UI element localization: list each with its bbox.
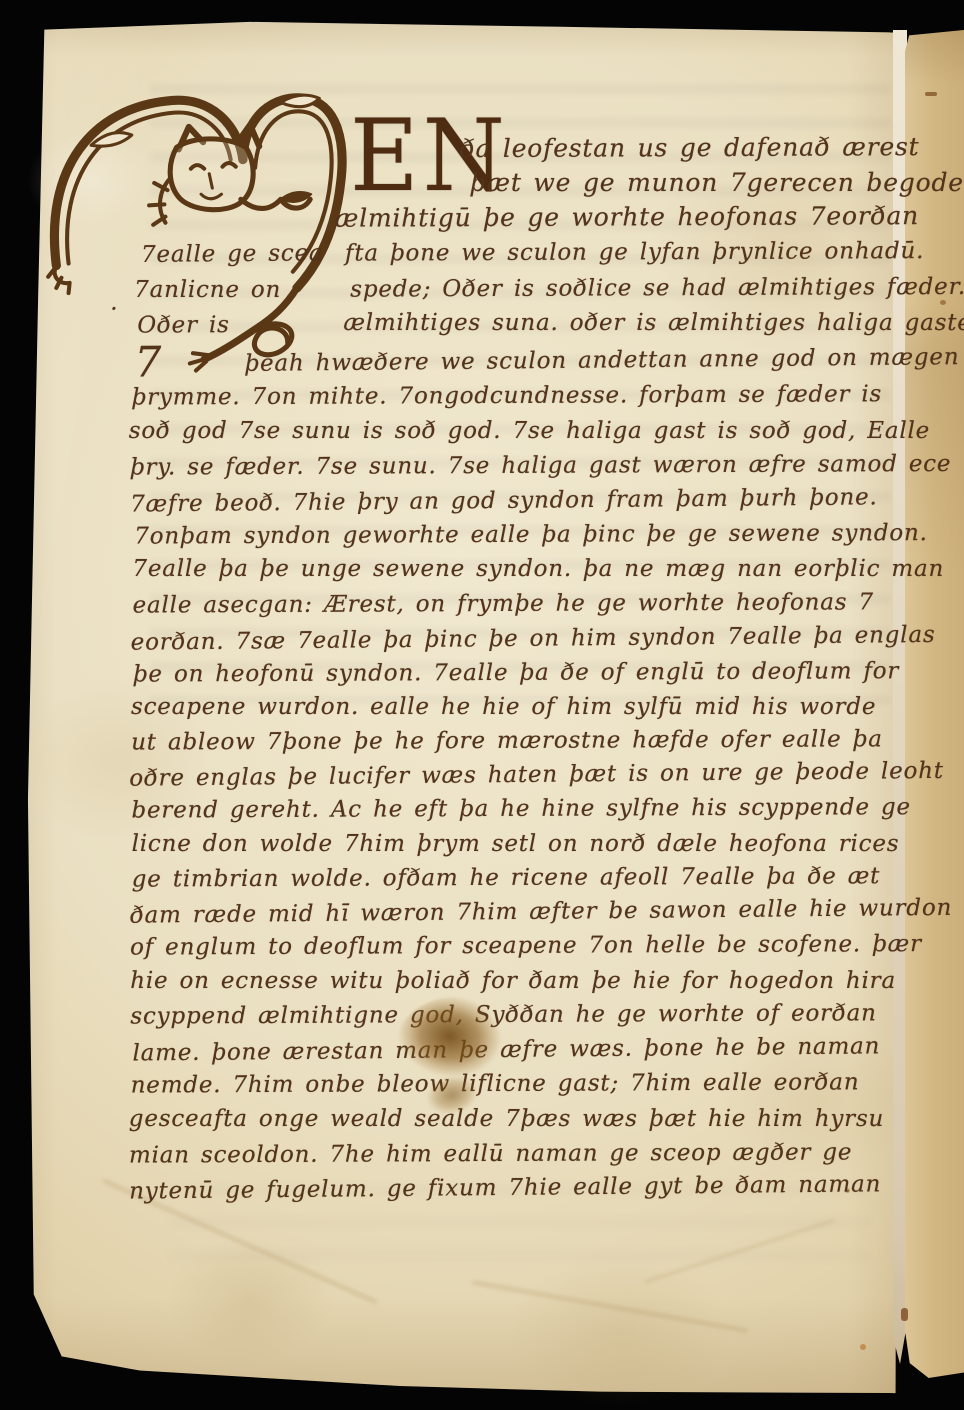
text-line-segment: . (110, 290, 118, 316)
text-line-segment: þrymme. 7on mihte. 7ongodcundnesse. forþ… (132, 381, 883, 410)
text-line-segment: eorðan. 7sæ 7ealle þa þinc þe on him syn… (131, 622, 936, 656)
text-line-segment: 7ealle ge scea (141, 240, 324, 268)
text-line-segment: ælmihtiges suna. oðer is ælmihtiges hali… (343, 310, 964, 336)
text-line-segment: fta þone we sculon ge lyfan þrynlice onh… (345, 238, 924, 267)
text-line-segment: soð god 7se sunu is soð god. 7se haliga … (129, 418, 930, 444)
text-line-segment: nytenū ge fugelum. ge fixum 7hie ealle g… (129, 1171, 881, 1204)
text-line-segment: ælmihtigū þe ge worhte heofonas 7eorðan (335, 201, 919, 233)
text-line-segment: Oðer is (137, 312, 230, 338)
text-line-segment: spede; Oðer is soðlice se had ælmihtiges… (350, 274, 964, 303)
text-line-segment: berend gereht. Ac he eft þa he hine sylf… (131, 794, 911, 823)
text-line-segment: oðre englas þe lucifer wæs haten þæt is … (129, 758, 944, 792)
text-line-segment: 7ealle þa þe unge sewene syndon. þa ne m… (132, 556, 944, 582)
manuscript-text: ða leofestan us ge dafenað ærestþæt we g… (0, 0, 964, 1410)
text-line-segment: mian sceoldon. 7he him eallū naman ge sc… (129, 1139, 852, 1168)
text-line-segment: of englum to deoflum for sceapene 7on he… (130, 931, 922, 960)
manuscript-photo: EN ða leofestan us ge dafenað ærestþæt w… (0, 0, 964, 1410)
text-line-segment: gesceafta onge weald sealde 7þæs wæs þæt… (129, 1106, 884, 1132)
text-line-segment: ge timbrian wolde. ofðam he ricene afeol… (132, 863, 881, 892)
text-line-segment: ealle asecgan: Ærest, on frymþe he ge wo… (133, 589, 874, 618)
text-line-segment: hie on ecnesse witu þoliað for ðam þe hi… (130, 968, 896, 994)
text-line-segment: 7 (134, 337, 162, 386)
text-line-segment: 7anlicne on (134, 277, 281, 303)
text-line-segment: ut ableow 7þone þe he fore mærostne hæfd… (131, 726, 883, 755)
text-line-segment: þe on heofonū syndon. 7ealle þa ðe of en… (133, 658, 899, 687)
text-line-segment: sceapene wurdon. ealle he hie of him syl… (131, 694, 876, 720)
text-line-segment: ðam ræde mid hī wæron 7him æfter be sawo… (130, 895, 952, 929)
text-line-segment: 7æfre beoð. 7hie þry an god syndon fram … (130, 484, 878, 517)
text-line-segment: þeah hwæðere we sculon andettan anne god… (244, 344, 959, 377)
text-line-segment: ða leofestan us ge dafenað ærest (460, 132, 920, 163)
text-line-segment: þæt we ge munon 7gerecen begode (470, 168, 964, 197)
text-line-segment: licne don wolde 7him þrym setl on norð d… (132, 831, 900, 857)
text-line-segment: 7onþam syndon geworhte ealle þa þinc þe … (134, 520, 928, 549)
text-line-segment: þry. se fæder. 7se sunu. 7se haliga gast… (130, 451, 951, 481)
